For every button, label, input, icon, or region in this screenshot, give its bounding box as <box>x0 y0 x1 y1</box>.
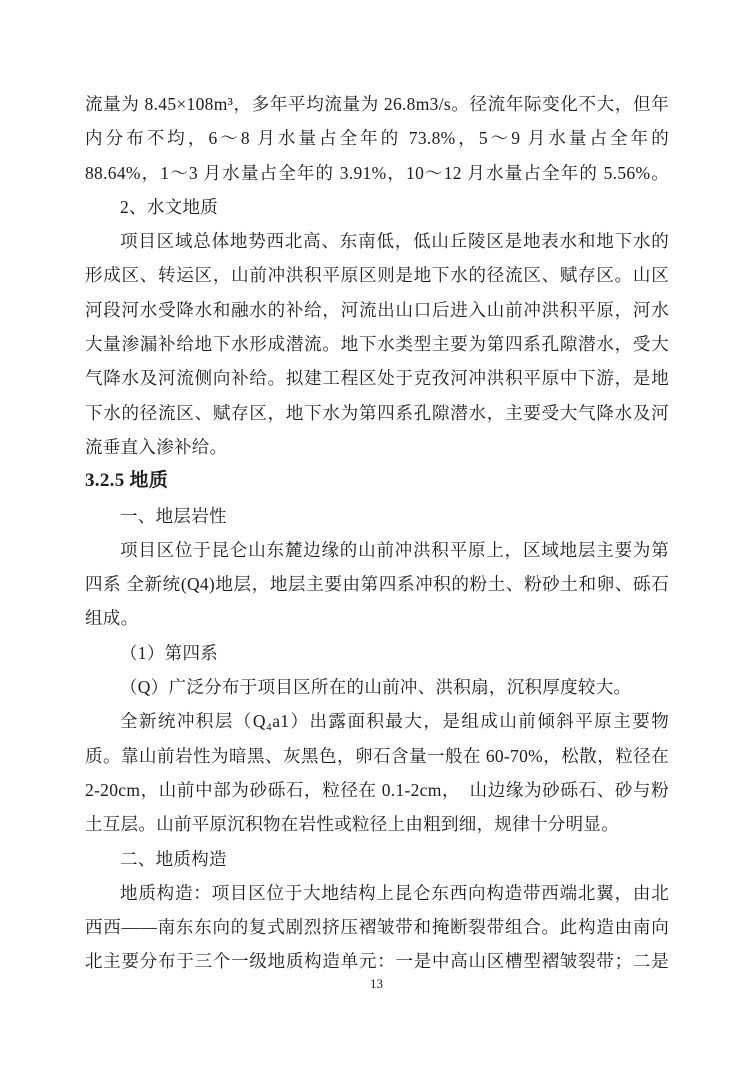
paragraph-holocene-alluvium: 全新统冲积层（Q₄a1）出露面积最大，是组成山前倾斜平原主要物质。靠山前岩性为暗… <box>85 704 669 841</box>
paragraph-regional-stratum: 项目区位于昆仑山东麓边缘的山前冲洪积平原上，区域地层主要为第四系 全新统(Q4)… <box>85 533 669 636</box>
subheading-geological-structure: 二、地质构造 <box>85 842 669 876</box>
page-content: 流量为 8.45×108m³，多年平均流量为 26.8m3/s。径流年际变化不大… <box>85 87 669 979</box>
page-number: 13 <box>370 976 383 991</box>
section-heading-geology: 3.2.5 地质 <box>85 464 669 498</box>
paragraph-runoff-statistics: 流量为 8.45×108m³，多年平均流量为 26.8m3/s。径流年际变化不大… <box>85 87 669 190</box>
subheading-hydrogeology: 2、水文地质 <box>85 190 669 224</box>
paragraph-quaternary-distribution: （Q）广泛分布于项目区所在的山前冲、洪积扇，沉积厚度较大。 <box>85 670 669 704</box>
paragraph-geological-structure: 地质构造：项目区位于大地结构上昆仑东西向构造带西端北翼，由北西西——南东东向的复… <box>85 876 669 979</box>
subheading-quaternary-system: （1）第四系 <box>85 636 669 670</box>
document-page: 流量为 8.45×108m³，多年平均流量为 26.8m3/s。径流年际变化不大… <box>0 0 753 1066</box>
subheading-stratum-lithology: 一、地层岩性 <box>85 499 669 533</box>
paragraph-hydrogeology: 项目区域总体地势西北高、东南低，低山丘陵区是地表水和地下水的形成区、转运区，山前… <box>85 224 669 464</box>
page-footer: 13 <box>0 976 753 992</box>
